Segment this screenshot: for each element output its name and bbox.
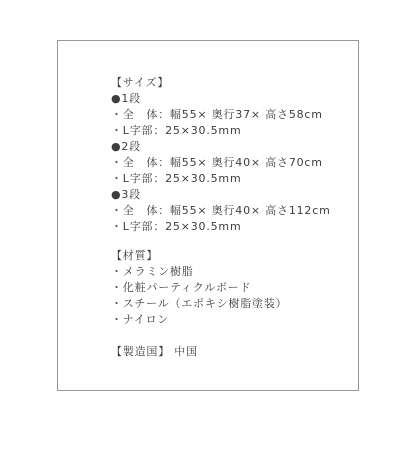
tier3-l-part-size: ・L字部：25×30.5mm (111, 219, 351, 235)
country-section: 【製造国】 中国 (111, 344, 351, 360)
tier2-overall-size: ・全 体：幅55× 奥行40× 高さ70cm (111, 155, 351, 171)
material-item-steel-epoxy: ・スチール（エポキシ樹脂塗装） (111, 296, 351, 312)
tier2-label: ●2段 (111, 139, 351, 155)
size-section: 【サイズ】 ●1段 ・全 体：幅55× 奥行37× 高さ58cm ・L字部：25… (111, 75, 351, 235)
tier1-overall-size: ・全 体：幅55× 奥行37× 高さ58cm (111, 107, 351, 123)
tier2-l-part-size: ・L字部：25×30.5mm (111, 171, 351, 187)
tier1-l-part-size: ・L字部：25×30.5mm (111, 123, 351, 139)
tier1-label: ●1段 (111, 91, 351, 107)
material-section: 【材質】 ・メラミン樹脂 ・化粧パーティクルボード ・スチール（エポキシ樹脂塗装… (111, 248, 351, 328)
country-of-manufacture: 【製造国】 中国 (111, 344, 351, 360)
material-heading: 【材質】 (111, 248, 351, 264)
material-item-melamine-resin: ・メラミン樹脂 (111, 264, 351, 280)
material-item-nylon: ・ナイロン (111, 312, 351, 328)
tier3-label: ●3段 (111, 187, 351, 203)
spec-panel-frame: 【サイズ】 ●1段 ・全 体：幅55× 奥行37× 高さ58cm ・L字部：25… (57, 40, 359, 391)
spec-content: 【サイズ】 ●1段 ・全 体：幅55× 奥行37× 高さ58cm ・L字部：25… (111, 75, 351, 360)
tier3-overall-size: ・全 体：幅55× 奥行40× 高さ112cm (111, 203, 351, 219)
material-item-particle-board: ・化粧パーティクルボード (111, 280, 351, 296)
size-heading: 【サイズ】 (111, 75, 351, 91)
